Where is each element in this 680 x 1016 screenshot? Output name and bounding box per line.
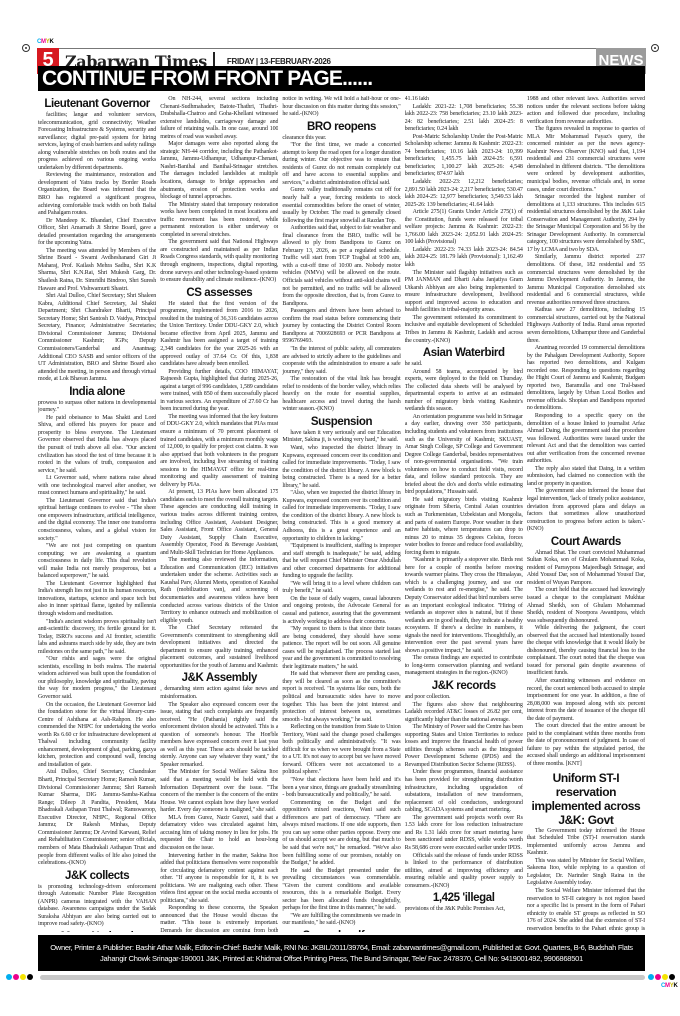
article-paragraph: Intervening further in the matter, Sakin… — [160, 853, 278, 906]
section-heading: BRO reopens — [282, 121, 400, 134]
article-paragraph: The Chief Secretary reiterated the Gover… — [160, 625, 278, 670]
article-paragraph: Lt Governor said, where nations raise ah… — [38, 475, 156, 498]
section-heading: J&K Assembly — [160, 672, 278, 685]
article-paragraph: The figures also show that neighbouring … — [405, 702, 523, 725]
print-strip — [40, 975, 645, 980]
article-paragraph: On the occasion, the Lieutenant Governor… — [38, 702, 156, 770]
article-paragraph: "Equipment is insufficient, staffing is … — [282, 543, 400, 581]
article-paragraph: "We will bring it to a level where child… — [282, 581, 400, 596]
column-5: 1988 and other relevant laws. Authoritie… — [527, 96, 645, 932]
section-heading: CS assesses — [160, 287, 278, 300]
color-mark-top: CMYK — [37, 39, 54, 45]
article-paragraph: Post-Matric Scholarship Under the Post-M… — [405, 134, 523, 179]
dot-yellow — [662, 974, 668, 980]
dot-cyan — [6, 974, 12, 980]
section-heading: Suspension — [282, 416, 400, 429]
article-paragraph: The Government today informed the House … — [527, 828, 645, 858]
article-paragraph: 41.16 lakh — [405, 96, 523, 104]
article-paragraph: At present, 13 PIAs have been allocated … — [160, 489, 278, 557]
article-paragraph: Similarly, Jammu district reported 237 d… — [527, 254, 645, 307]
article-paragraph: is promoting technology-driven enforceme… — [38, 884, 156, 929]
imprint-line-2: Jahangir Chowk Srinagar-190001 J&K, Prin… — [38, 953, 645, 964]
dot-cyan — [648, 974, 654, 980]
article-paragraph: "For the first time, we made a concerted… — [282, 142, 400, 187]
article-paragraph: Reviewing the maintenance, restoration a… — [38, 172, 156, 217]
article-paragraph: The Minister said flagship initiatives s… — [405, 270, 523, 315]
article-paragraph: 1988 and other relevant laws. Authoritie… — [527, 96, 645, 126]
dateline: FRIDAY | 13-FEBRUARY-2026 — [227, 57, 331, 66]
section-heading: Several welfare — [282, 930, 400, 932]
article-paragraph: He said migratory birds visiting Kashmir… — [405, 497, 523, 557]
column-2: On NH-244, several sections including Ch… — [160, 96, 278, 932]
color-mark-bottom: CMYK — [661, 983, 678, 989]
article-paragraph: Passengers and drivers have been advised… — [282, 308, 400, 346]
article-paragraph: The meeting was informed that the key fe… — [160, 414, 278, 489]
article-paragraph: Providing further details, COO HIMAYAT, … — [160, 369, 278, 414]
article-paragraph: he said. — [405, 361, 523, 369]
article-paragraph: "India's ancient wisdom proves spiritual… — [38, 619, 156, 657]
registration-mark-left — [22, 44, 30, 52]
article-paragraph: "Our rishis and sages were the original … — [38, 656, 156, 701]
color-dots-right — [648, 974, 675, 980]
section-heading: J&K records — [405, 680, 523, 693]
color-dots-left — [6, 974, 33, 980]
article-paragraph: On the issue of daily wagers, casual lab… — [282, 596, 400, 626]
article-paragraph: The Ministry stated that temporary resto… — [160, 202, 278, 240]
article-paragraph: On NH-244, several sections including Ch… — [160, 96, 278, 141]
article-paragraph: Around 58 teams, accompanied by bird exp… — [405, 369, 523, 414]
column-3: notice in writing. We will hold a half-h… — [282, 96, 400, 932]
article-paragraph: Ladakh: 2021-22: 1,708 beneficiaries; 55… — [405, 104, 523, 134]
article-paragraph: , demanding stern action against fake ne… — [160, 686, 278, 701]
article-paragraph: The restoration of the vital link has br… — [282, 376, 400, 414]
column-4: 41.16 lakhLadakh: 2021-22: 1,708 benefic… — [405, 96, 523, 932]
article-paragraph: Atul Dulloo, Chief Secretary; Chandraker… — [38, 769, 156, 867]
article-paragraph: This was stated by Minister for Social W… — [527, 858, 645, 888]
article-paragraph: Ahmad Bhat. The court convicted Muhammad… — [527, 550, 645, 588]
article-paragraph: Wani, who inspected the district library… — [282, 445, 400, 490]
article-paragraph: The Lieutenant Governor said that India'… — [38, 498, 156, 543]
article-paragraph: Under these programmes, financial assist… — [405, 769, 523, 814]
article-paragraph: Responding to these concerns, the Speake… — [160, 905, 278, 932]
article-paragraph: The census findings are expected to cont… — [405, 655, 523, 678]
article-paragraph: He stated that the first version of the … — [160, 301, 278, 369]
article-paragraph: He paid obeisance to Maa Shakti and Lord… — [38, 415, 156, 475]
section-heading: Court Awards — [527, 536, 645, 549]
article-paragraph: The Lieutenant Governor highlighted that… — [38, 581, 156, 619]
article-paragraph: He said that whenever there are pending … — [282, 671, 400, 724]
article-paragraph: An orientation programme was held in Sri… — [405, 414, 523, 497]
article-paragraph: "In the interest of public safety, all c… — [282, 346, 400, 376]
article-paragraph: "Kashmir is primarily a stopover site. B… — [405, 557, 523, 655]
article-paragraph: The Speaker also expressed concern over … — [160, 702, 278, 770]
section-heading: Many National — [38, 931, 156, 932]
article-paragraph: Reflecting on the transition from State … — [282, 724, 400, 777]
section-heading: 1,425 'illegal — [405, 892, 523, 905]
article-paragraph: Commenting on the Budget and the opposit… — [282, 800, 400, 868]
section-heading: Lieutenant Governor — [38, 98, 156, 111]
dot-yellow — [20, 974, 26, 980]
article-paragraph: Article 275(1) Grants Under Article 275(… — [405, 209, 523, 247]
article-paragraph: Major damages were also reported along t… — [160, 141, 278, 201]
section-heading: J&K collects — [38, 870, 156, 883]
imprint-footer: Owner, Printer & Publisher: Bashir Athar… — [38, 935, 645, 971]
article-paragraph: "My request to them is that since their … — [282, 626, 400, 671]
article-paragraph: Ladakh: 2022-23: 12,212 beneficiaries; 2… — [405, 179, 523, 209]
section-heading: Asian Waterbird — [405, 347, 523, 360]
dot-magenta — [655, 974, 661, 980]
article-paragraph: The Social Welfare Minister informed tha… — [527, 888, 645, 932]
article-paragraph: While delivering the judgment, the court… — [527, 625, 645, 678]
article-paragraph: Srinagar recorded the highest number of … — [527, 194, 645, 254]
article-paragraph: MLA from Gurez, Nazir Gurezi, said that … — [160, 815, 278, 853]
article-paragraph: provisions of the J&K Public Premises Ac… — [405, 906, 523, 914]
article-paragraph: prowess to surpass other nations in deve… — [38, 400, 156, 415]
dot-magenta — [13, 974, 19, 980]
article-paragraph: notice in writing. We will hold a half-h… — [282, 96, 400, 119]
article-paragraph: The reply also stated that Daing, in a w… — [527, 466, 645, 489]
dot-black — [669, 974, 675, 980]
dot-black — [27, 974, 33, 980]
article-paragraph: Shri Atal Dulloo, Chief Secretary; Shri … — [38, 293, 156, 384]
article-paragraph: Ladakh: 2022-23: 74.33 lakh 2023-24: 84.… — [405, 247, 523, 270]
article-paragraph: Kathua saw 27 demolitions, including 15 … — [527, 307, 645, 345]
article-columns: Lieutenant Governorfacilities; langar an… — [38, 96, 645, 932]
article-paragraph: Anantnag recorded 19 commercial demoliti… — [527, 345, 645, 413]
article-paragraph: The Ministry of Power said the Centre ha… — [405, 724, 523, 769]
article-paragraph: The meeting was attended by Members of t… — [38, 248, 156, 293]
article-paragraph: Gurez valley traditionally remains cut o… — [282, 187, 400, 225]
article-paragraph: After examining witnesses and evidence o… — [527, 678, 645, 723]
column-1: Lieutenant Governorfacilities; langar an… — [38, 96, 156, 932]
section-heading: Uniform ST-I reservation implemented acr… — [527, 771, 645, 827]
article-paragraph: The figures revealed in response to quer… — [527, 126, 645, 194]
article-paragraph: Authorities said that, subject to fair w… — [282, 225, 400, 308]
article-paragraph: The court directed that the entire amoun… — [527, 723, 645, 768]
article-paragraph: have taken it very seriously and our Edu… — [282, 430, 400, 445]
article-paragraph: The meeting also reviewed the Informatio… — [160, 557, 278, 625]
article-paragraph: Officials said the release of funds unde… — [405, 853, 523, 891]
article-paragraph: The government said projects worth over … — [405, 815, 523, 853]
article-paragraph: The government also informed the house t… — [527, 488, 645, 533]
article-paragraph: The government reiterated its commitment… — [405, 315, 523, 345]
section-heading: India alone — [38, 386, 156, 399]
article-paragraph: "Now that elections have been held and i… — [282, 777, 400, 800]
article-paragraph: "We are fulfilling the commitments we ma… — [282, 913, 400, 928]
article-paragraph: "We are not just competing on quantum co… — [38, 543, 156, 581]
article-paragraph: Dr Mandeep K. Bhandari, Chief Executive … — [38, 218, 156, 248]
article-paragraph: The Minister for Social Welfare Sakina I… — [160, 769, 278, 814]
article-paragraph: facilities; langar and volunteer service… — [38, 112, 156, 172]
article-paragraph: The court held that the accused had know… — [527, 587, 645, 625]
article-paragraph: "Also, when we inspected the district li… — [282, 490, 400, 543]
article-paragraph: He said the Budget presented under the p… — [282, 868, 400, 913]
page-banner: CONTINUE FROM FRONT PAGE...... — [38, 66, 645, 91]
article-paragraph: and poor collection. — [405, 694, 523, 702]
article-paragraph: Responding to a specific query on the de… — [527, 413, 645, 466]
article-paragraph: The government said that National Highwa… — [160, 239, 278, 284]
imprint-line-1: Owner, Printer & Publisher: Bashir Athar… — [38, 942, 645, 953]
registration-mark-right — [651, 44, 659, 52]
